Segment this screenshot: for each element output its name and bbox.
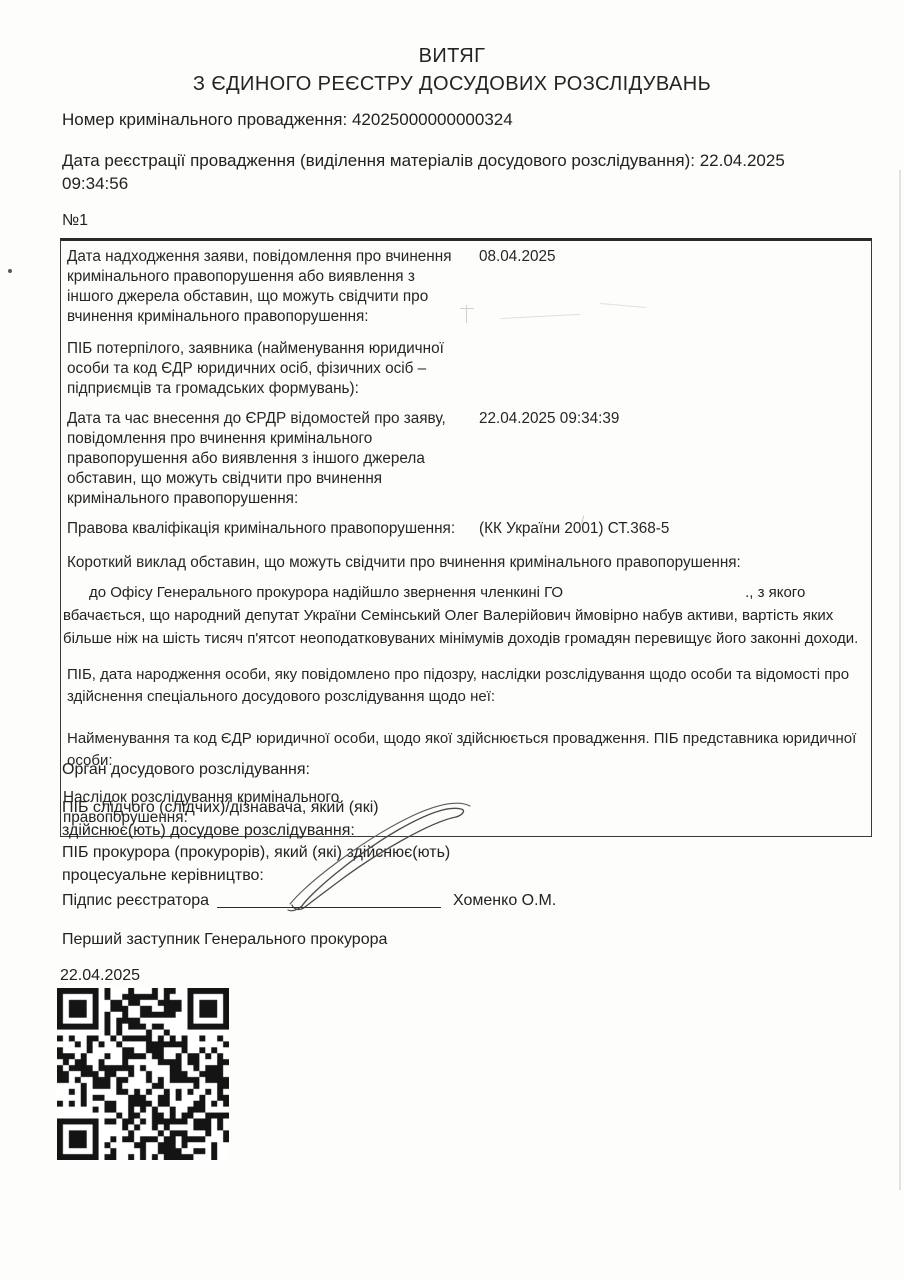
summary-paragraph: до Офісу Генерального прокурора надійшло…	[61, 573, 871, 650]
row-label-legal-qualification: Правова кваліфікація кримінального право…	[67, 519, 465, 539]
investigation-body-label: Орган досудового розслідування:	[62, 761, 310, 779]
case-number-value: 42025000000000324	[352, 110, 513, 129]
registration-time: 09:34:56	[62, 172, 862, 195]
title-line-2: З ЄДИНОГО РЕЄСТРУ ДОСУДОВИХ РОЗСЛІДУВАНЬ	[0, 70, 904, 98]
record-table: Дата надходження заяви, повідомлення про…	[60, 238, 872, 837]
record-number: №1	[62, 212, 88, 230]
summary-text-part1: до Офісу Генерального прокурора надійшло…	[89, 584, 563, 601]
suspect-label: ПІБ, дата народження особи, яку повідомл…	[61, 650, 871, 708]
row-value-erdr-entry: 22.04.2025 09:34:39	[465, 409, 619, 509]
row-label-erdr-entry: Дата та час внесення до ЄРДР відомостей …	[67, 409, 465, 509]
title-line-1: ВИТЯГ	[0, 42, 904, 70]
registration-date-text: Дата реєстрації провадження (виділення м…	[62, 149, 862, 172]
scanned-document-page: ВИТЯГ З ЄДИНОГО РЕЄСТРУ ДОСУДОВИХ РОЗСЛІ…	[0, 0, 904, 1280]
footer-date: 22.04.2025	[60, 967, 140, 985]
row-value-legal-qualification: (КК України 2001) СТ.368-5	[465, 519, 669, 539]
registration-date-line: Дата реєстрації провадження (виділення м…	[62, 149, 862, 195]
table-row: Дата та час внесення до ЄРДР відомостей …	[61, 401, 871, 511]
case-number-line: Номер кримінального провадження: 4202500…	[62, 110, 513, 130]
registrar-signature-row: Підпис реєстратора Хоменко О.М.	[62, 892, 556, 910]
row-value-victim	[465, 339, 479, 399]
signature-line	[217, 893, 441, 908]
scan-edge-artifact	[899, 170, 901, 1190]
registrar-signature-label: Підпис реєстратора	[62, 892, 209, 910]
row-label-date-received: Дата надходження заяви, повідомлення про…	[67, 247, 465, 327]
document-title: ВИТЯГ З ЄДИНОГО РЕЄСТРУ ДОСУДОВИХ РОЗСЛІ…	[0, 42, 904, 98]
table-row: Правова кваліфікація кримінального право…	[61, 511, 871, 541]
signer-position: Перший заступник Генерального прокурора	[62, 931, 387, 949]
table-row: ПІБ потерпілого, заявника (найменування …	[61, 329, 871, 401]
case-number-label: Номер кримінального провадження:	[62, 110, 347, 129]
summary-heading: Короткий виклад обставин, що можуть свід…	[61, 541, 871, 573]
row-label-victim: ПІБ потерпілого, заявника (найменування …	[67, 339, 465, 399]
qr-code	[57, 988, 229, 1160]
scan-dot-artifact	[8, 269, 12, 273]
faint-mark-artifact	[460, 308, 474, 325]
registrar-name: Хоменко О.М.	[453, 892, 556, 910]
